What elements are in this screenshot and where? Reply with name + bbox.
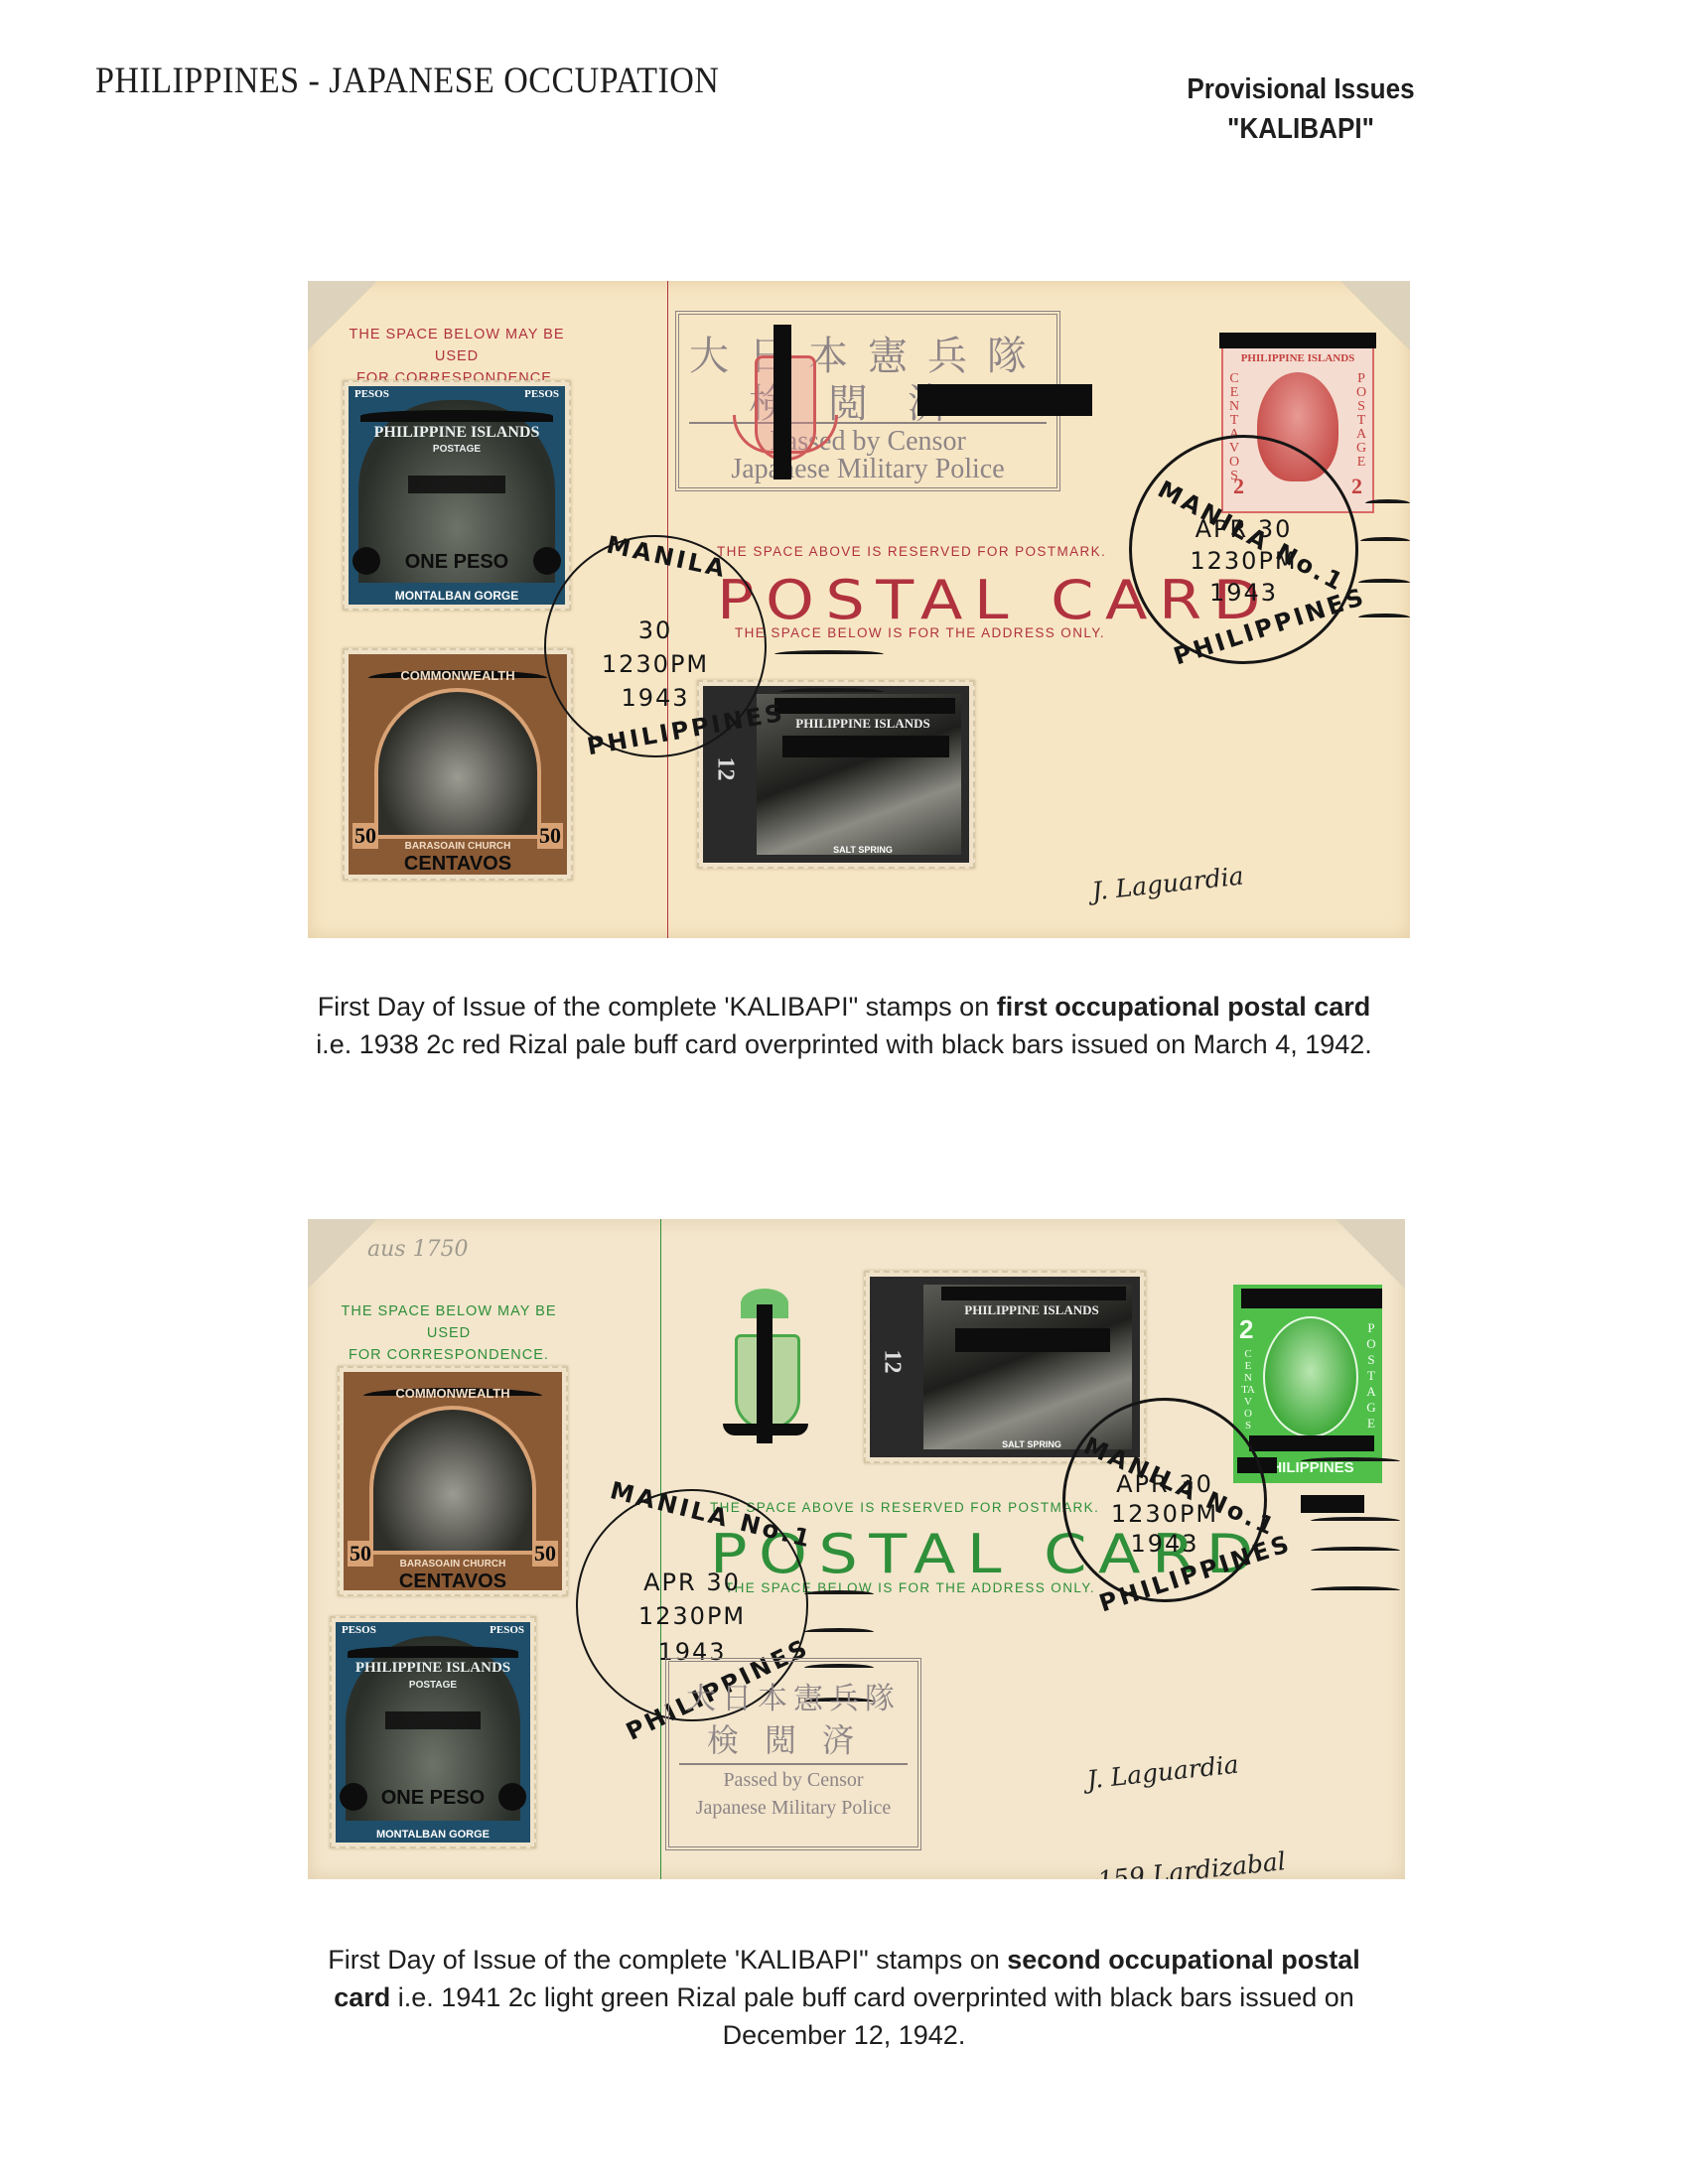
postmark-time: 1230PM [1065,1500,1264,1528]
censor-en-line2: Japanese Military Police [669,1797,917,1820]
stamp-caption: MONTALBAN GORGE [336,1829,530,1841]
caption-line-2: card i.e. 1941 2c light green Rizal pale… [199,1979,1489,2016]
overprint-bar [941,1287,1126,1300]
postmark-time: 1230PM [1132,547,1355,575]
postmark-date: APR 30 [1065,1470,1264,1498]
postmark-date: APR 30 [1132,515,1355,543]
postmark-arc-top: MANILA [604,530,729,583]
censor-kanji-line1: 大日本憲兵隊 [669,1674,917,1717]
stamp-sub: POSTAGE [336,1680,530,1691]
indicia-header: PHILIPPINE ISLANDS [1223,352,1372,364]
handwritten-address: J. Laguardia 159 Lardizabal Manila. [1083,788,1310,938]
stamp-value: 12 [879,1350,906,1374]
indicia-right-side: POSTAGE [1364,1320,1378,1432]
cancel-wavy-line [804,1628,874,1636]
cancel-wavy-line [804,1590,874,1598]
page-subtitle: Provisional Issues "KALIBAPI" [1131,69,1471,149]
cancel-wavy-line [1358,614,1410,621]
handwritten-address: J. Laguardia 159 Lardizabal Manila. [1078,1677,1305,1879]
caption-text: First Day of Issue of the complete 'KALI… [318,992,997,1022]
correspondence-note: THE SPACE BELOW MAY BE USED FOR CORRESPO… [330,1300,568,1366]
overprint-bar [348,1646,518,1658]
indicia-right-side: POSTAGE [1354,372,1368,470]
postal-card-1: THE SPACE BELOW MAY BE USED FOR CORRESPO… [308,281,1410,938]
stamp-corner-right: PESOS [490,1624,524,1636]
stamp-50c-barasoain: COMMONWEALTH 50 50 BARASOAIN CHURCH CENT… [343,648,573,881]
caption-text: First Day of Issue of the complete 'KALI… [328,1945,1007,1975]
cancel-wavy-line [1358,579,1410,587]
postmark-manila-no1: MANILA No.1 APR 30 1230PM 1943 PHILIPPIN… [1062,1398,1267,1602]
postmark-time: 1230PM [578,1602,806,1630]
rizal-portrait [1263,1316,1358,1437]
stamp-caption: BARASOAIN CHURCH [349,841,567,852]
postmark-date: APR 30 [578,1569,806,1596]
stamp-corner-right: PESOS [524,388,559,400]
postmark-manila-no1: MANILA No.1 APR 30 1230PM 1943 PHILIPPIN… [1129,435,1358,664]
postal-card-2: aus 1750 THE SPACE BELOW MAY BE USED FOR… [308,1219,1405,1879]
page-title: PHILIPPINES - JAPANESE OCCUPATION [95,60,719,102]
overprint-vertical-bar [757,1304,773,1443]
overprint-bar [360,410,553,422]
indicia-left-side: CENTAVOS [1241,1348,1255,1432]
stamp-one-peso-montalban: PESOS PESOS PHILIPPINE ISLANDS POSTAGE O… [330,1616,536,1848]
stamp-overprint-text: ONE PESO [349,551,565,574]
stamp-country: PHILIPPINE ISLANDS [349,424,565,442]
indicia-value-right: 2 [1351,474,1362,499]
correspondence-note-line1: THE SPACE BELOW MAY BE USED [338,324,576,367]
postmark-time: 1230PM [546,650,765,678]
address-line-1: J. Laguardia [1090,856,1282,909]
stamp-country: PHILIPPINE ISLANDS [757,716,969,732]
stamp-value: 12 [712,757,739,781]
subtitle-line-2: "KALIBAPI" [1131,109,1471,149]
pencil-note: aus 1750 [367,1237,469,1262]
censor-en-line1: Passed by Censor [669,1769,917,1792]
caption-line-1: First Day of Issue of the complete 'KALI… [199,1941,1489,1979]
overprint-chevron-bar [723,1424,808,1435]
postmark-arc-top: MANILA No.1 [608,1476,816,1554]
overprint-bar [774,698,955,714]
postmark-left: MANILA 30 1230PM 1943 PHILIPPINES [544,535,767,757]
stamp-country: PHILIPPINE ISLANDS [923,1302,1140,1318]
caption-line-1: First Day of Issue of the complete 'KALI… [199,988,1489,1025]
overprint-bar [1301,1495,1364,1513]
censor-handstamp: 大日本憲兵隊 検閲済 Passed by Censor Japanese Mil… [665,1658,921,1850]
overprint-bar [1219,333,1376,348]
cancel-wavy-line [774,650,884,658]
postmark-date: 30 [546,616,765,644]
caption-line-3: December 12, 1942. [199,2016,1489,2054]
overprint-bar [1249,1435,1374,1451]
correspondence-note-line2: FOR CORRESPONDENCE. [330,1344,568,1366]
overprint-vertical-bar [774,325,791,479]
stamp-corner-left: PESOS [354,388,389,400]
caption-emphasis: card [334,1982,390,2012]
indicia-value: 2 [1239,1314,1253,1345]
cancel-wavy-line [1311,1517,1400,1525]
card-corner-mount [1336,1219,1405,1289]
censor-rule [679,1763,908,1765]
censor-kanji-line2: 検閲済 [669,1715,917,1761]
subtitle-line-1: Provisional Issues [1131,69,1471,109]
stamp-overprint-text: CENTAVOS [344,1570,562,1593]
cancel-wavy-line [1365,499,1410,507]
address-line-1: J. Laguardia [1085,1744,1277,1798]
caption-card-2: First Day of Issue of the complete 'KALI… [199,1941,1489,2054]
caption-emphasis: second occupational postal [1007,1945,1360,1975]
overprint-bar [917,384,1092,416]
caption-emphasis: first occupational postal card [997,992,1371,1022]
caption-text: i.e. 1941 2c light green Rizal pale buff… [390,1982,1354,2012]
caption-line-2: i.e. 1938 2c red Rizal pale buff card ov… [199,1025,1489,1063]
address-only-note: THE SPACE BELOW IS FOR THE ADDRESS ONLY. [735,625,1105,640]
stamp-caption: BARASOAIN CHURCH [344,1559,562,1570]
overprint-bar [782,736,949,757]
stamp-sub: POSTAGE [349,444,565,455]
overprint-bar [1241,1289,1382,1308]
overprint-bar [408,476,505,493]
caption-card-1: First Day of Issue of the complete 'KALI… [199,988,1489,1063]
stamp-overprint-text: CENTAVOS [349,853,567,876]
address-line-2: 159 Lardizabal [1096,1844,1288,1879]
stamp-caption: SALT SPRING [757,845,969,855]
cancel-wavy-line [1360,537,1410,545]
cancel-wavy-line [1311,1586,1400,1594]
reserved-for-postmark-note: THE SPACE ABOVE IS RESERVED FOR POSTMARK… [717,544,1106,559]
stamp-country: COMMONWEALTH [349,668,567,683]
overprint-bar [385,1711,481,1729]
stamp-corner-left: PESOS [342,1624,376,1636]
stamp-country: PHILIPPINE ISLANDS [336,1660,530,1677]
cancel-wavy-line [1311,1547,1400,1555]
stamp-overprint-text: ONE PESO [336,1787,530,1810]
correspondence-note-line1: THE SPACE BELOW MAY BE USED [330,1300,568,1344]
reserved-for-postmark-note: THE SPACE ABOVE IS RESERVED FOR POSTMARK… [710,1500,1099,1515]
cancel-wavy-line [1301,1457,1400,1465]
stamp-country: COMMONWEALTH [344,1386,562,1401]
overprint-bar [955,1328,1110,1352]
stamp-caption: MONTALBAN GORGE [349,589,565,603]
stamp-one-peso-montalban: PESOS PESOS PHILIPPINE ISLANDS POSTAGE O… [343,380,571,611]
cancel-wavy-line [779,688,884,696]
stamp-50c-barasoain: COMMONWEALTH 50 50 BARASOAIN CHURCH CENT… [338,1366,568,1596]
